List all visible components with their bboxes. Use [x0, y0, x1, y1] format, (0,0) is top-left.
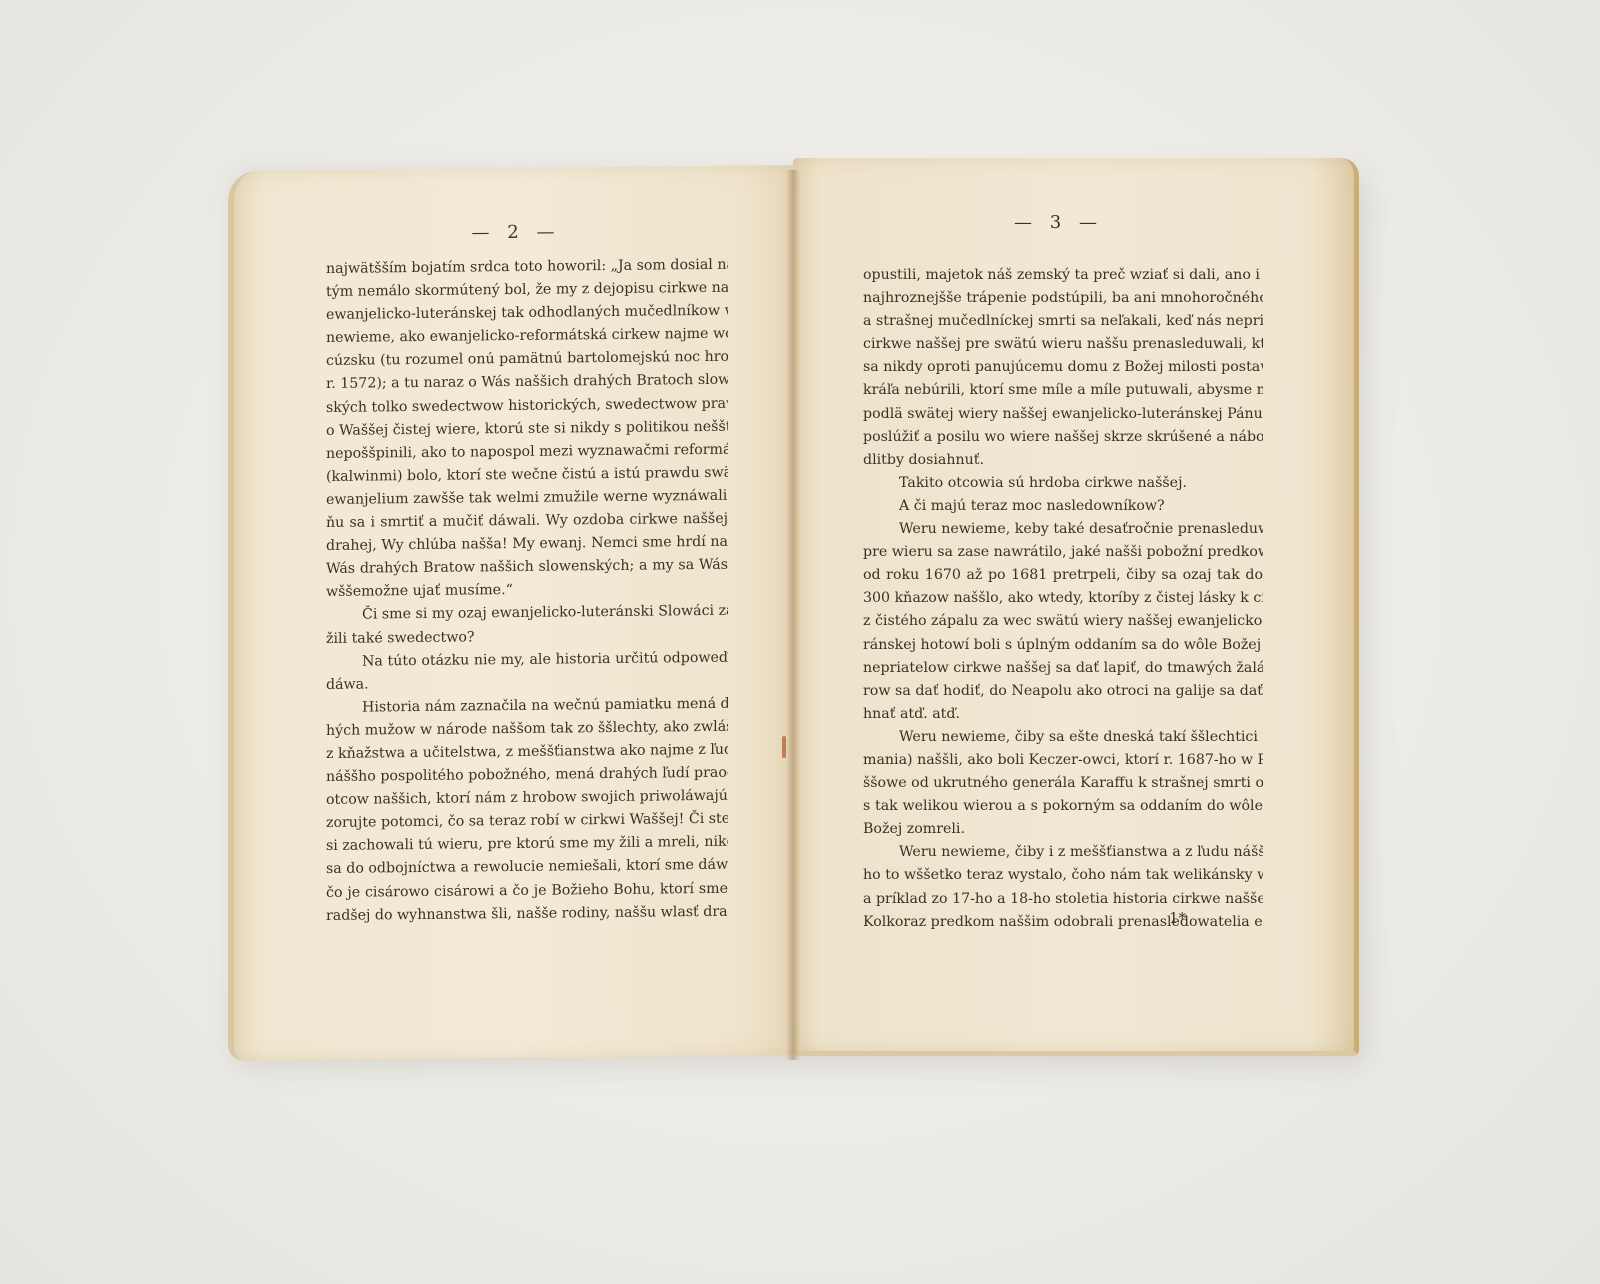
text-line: sa nikdy oproti panujúcemu domu z Božej …: [863, 356, 1263, 379]
text-line: s tak welikou wierou a s pokorným sa odd…: [863, 795, 1263, 818]
text-line: Na túto otázku nie my, ale historia urči…: [326, 646, 728, 673]
text-line: row sa dať hodiť, do Neapolu ako otroci …: [863, 680, 1263, 703]
text-line: z čistého zápalu za wec swätú wiery našš…: [863, 610, 1263, 633]
text-line: Kolkoraz predkom naššim odobrali prenasl…: [863, 911, 1263, 934]
text-line: 300 kňazow naššlo, ako wtedy, ktoríby z …: [863, 587, 1263, 610]
text-line: Weru newieme, keby také desaťročnie pren…: [863, 518, 1263, 541]
text-line: Božej zomreli.: [863, 818, 1263, 841]
text-line: Weru newieme, čiby sa ešte dneská takí š…: [863, 726, 1263, 749]
text-line: a strašnej mučedlníckej smrti sa neľakal…: [863, 310, 1263, 333]
text-line: Či sme si my ozaj ewanjelicko-luteránski…: [326, 600, 728, 627]
text-line: a príklad zo 17-ho a 18-ho stoletia hist…: [863, 888, 1263, 911]
text-line: hnať atď. atď.: [863, 703, 1263, 726]
text-line: od roku 1670 až po 1681 pretrpeli, čiby …: [863, 564, 1263, 587]
book-gutter: [786, 170, 800, 1060]
text-line: opustili, majetok náš zemský ta preč wzi…: [863, 264, 1263, 287]
page-number-left: — 2 —: [234, 219, 796, 246]
text-line: cirkwe naššej pre swätú wieru naššu pren…: [863, 333, 1263, 356]
spine-stain: [782, 736, 786, 758]
text-line: mania) naššli, ako boli Keczer-owci, kto…: [863, 749, 1263, 772]
text-line: radšej do wyhnanstwa šli, našše rodiny, …: [326, 900, 728, 927]
signature-mark: 1*: [1169, 909, 1186, 927]
right-page: — 3 — opustili, majetok náš zemský ta pr…: [793, 158, 1359, 1056]
text-line: podlä swätej wiery naššej ewanjelicko-lu…: [863, 403, 1263, 426]
text-line: A či majú teraz moc nasledowníkow?: [863, 495, 1263, 518]
text-line: pre wieru sa zase nawrátilo, jaké našši …: [863, 541, 1263, 564]
text-line: Wás drahých Bratow naššich slowenských; …: [326, 554, 728, 581]
left-page-text: najwätšším bojatím srdca toto howoril: „…: [326, 254, 728, 928]
text-line: dlitby dosiahnuť.: [863, 449, 1263, 472]
text-line: kráľa nebúrili, ktorí sme míle a míle pu…: [863, 379, 1263, 402]
left-page: — 2 — najwätšším bojatím srdca toto howo…: [228, 165, 796, 1061]
text-line: poslúžiť a posilu wo wiere naššej skrze …: [863, 426, 1263, 449]
right-page-text: opustili, majetok náš zemský ta preč wzi…: [863, 264, 1263, 934]
text-line: nepriatelow cirkwe naššej sa dať lapiť, …: [863, 657, 1263, 680]
text-line: ho to wššetko teraz wystalo, čoho nám ta…: [863, 864, 1263, 887]
text-line: ššowe od ukrutného generála Karaffu k st…: [863, 772, 1263, 795]
text-line: Weru newieme, čiby i z meššťianstwa a z …: [863, 841, 1263, 864]
page-number-right: — 3 —: [793, 212, 1354, 233]
text-line: ránskej hotowí boli s úplným oddaním sa …: [863, 634, 1263, 657]
text-line: najhroznejšše trápenie podstúpili, ba an…: [863, 287, 1263, 310]
text-line: Takito otcowia sú hrdoba cirkwe naššej.: [863, 472, 1263, 495]
